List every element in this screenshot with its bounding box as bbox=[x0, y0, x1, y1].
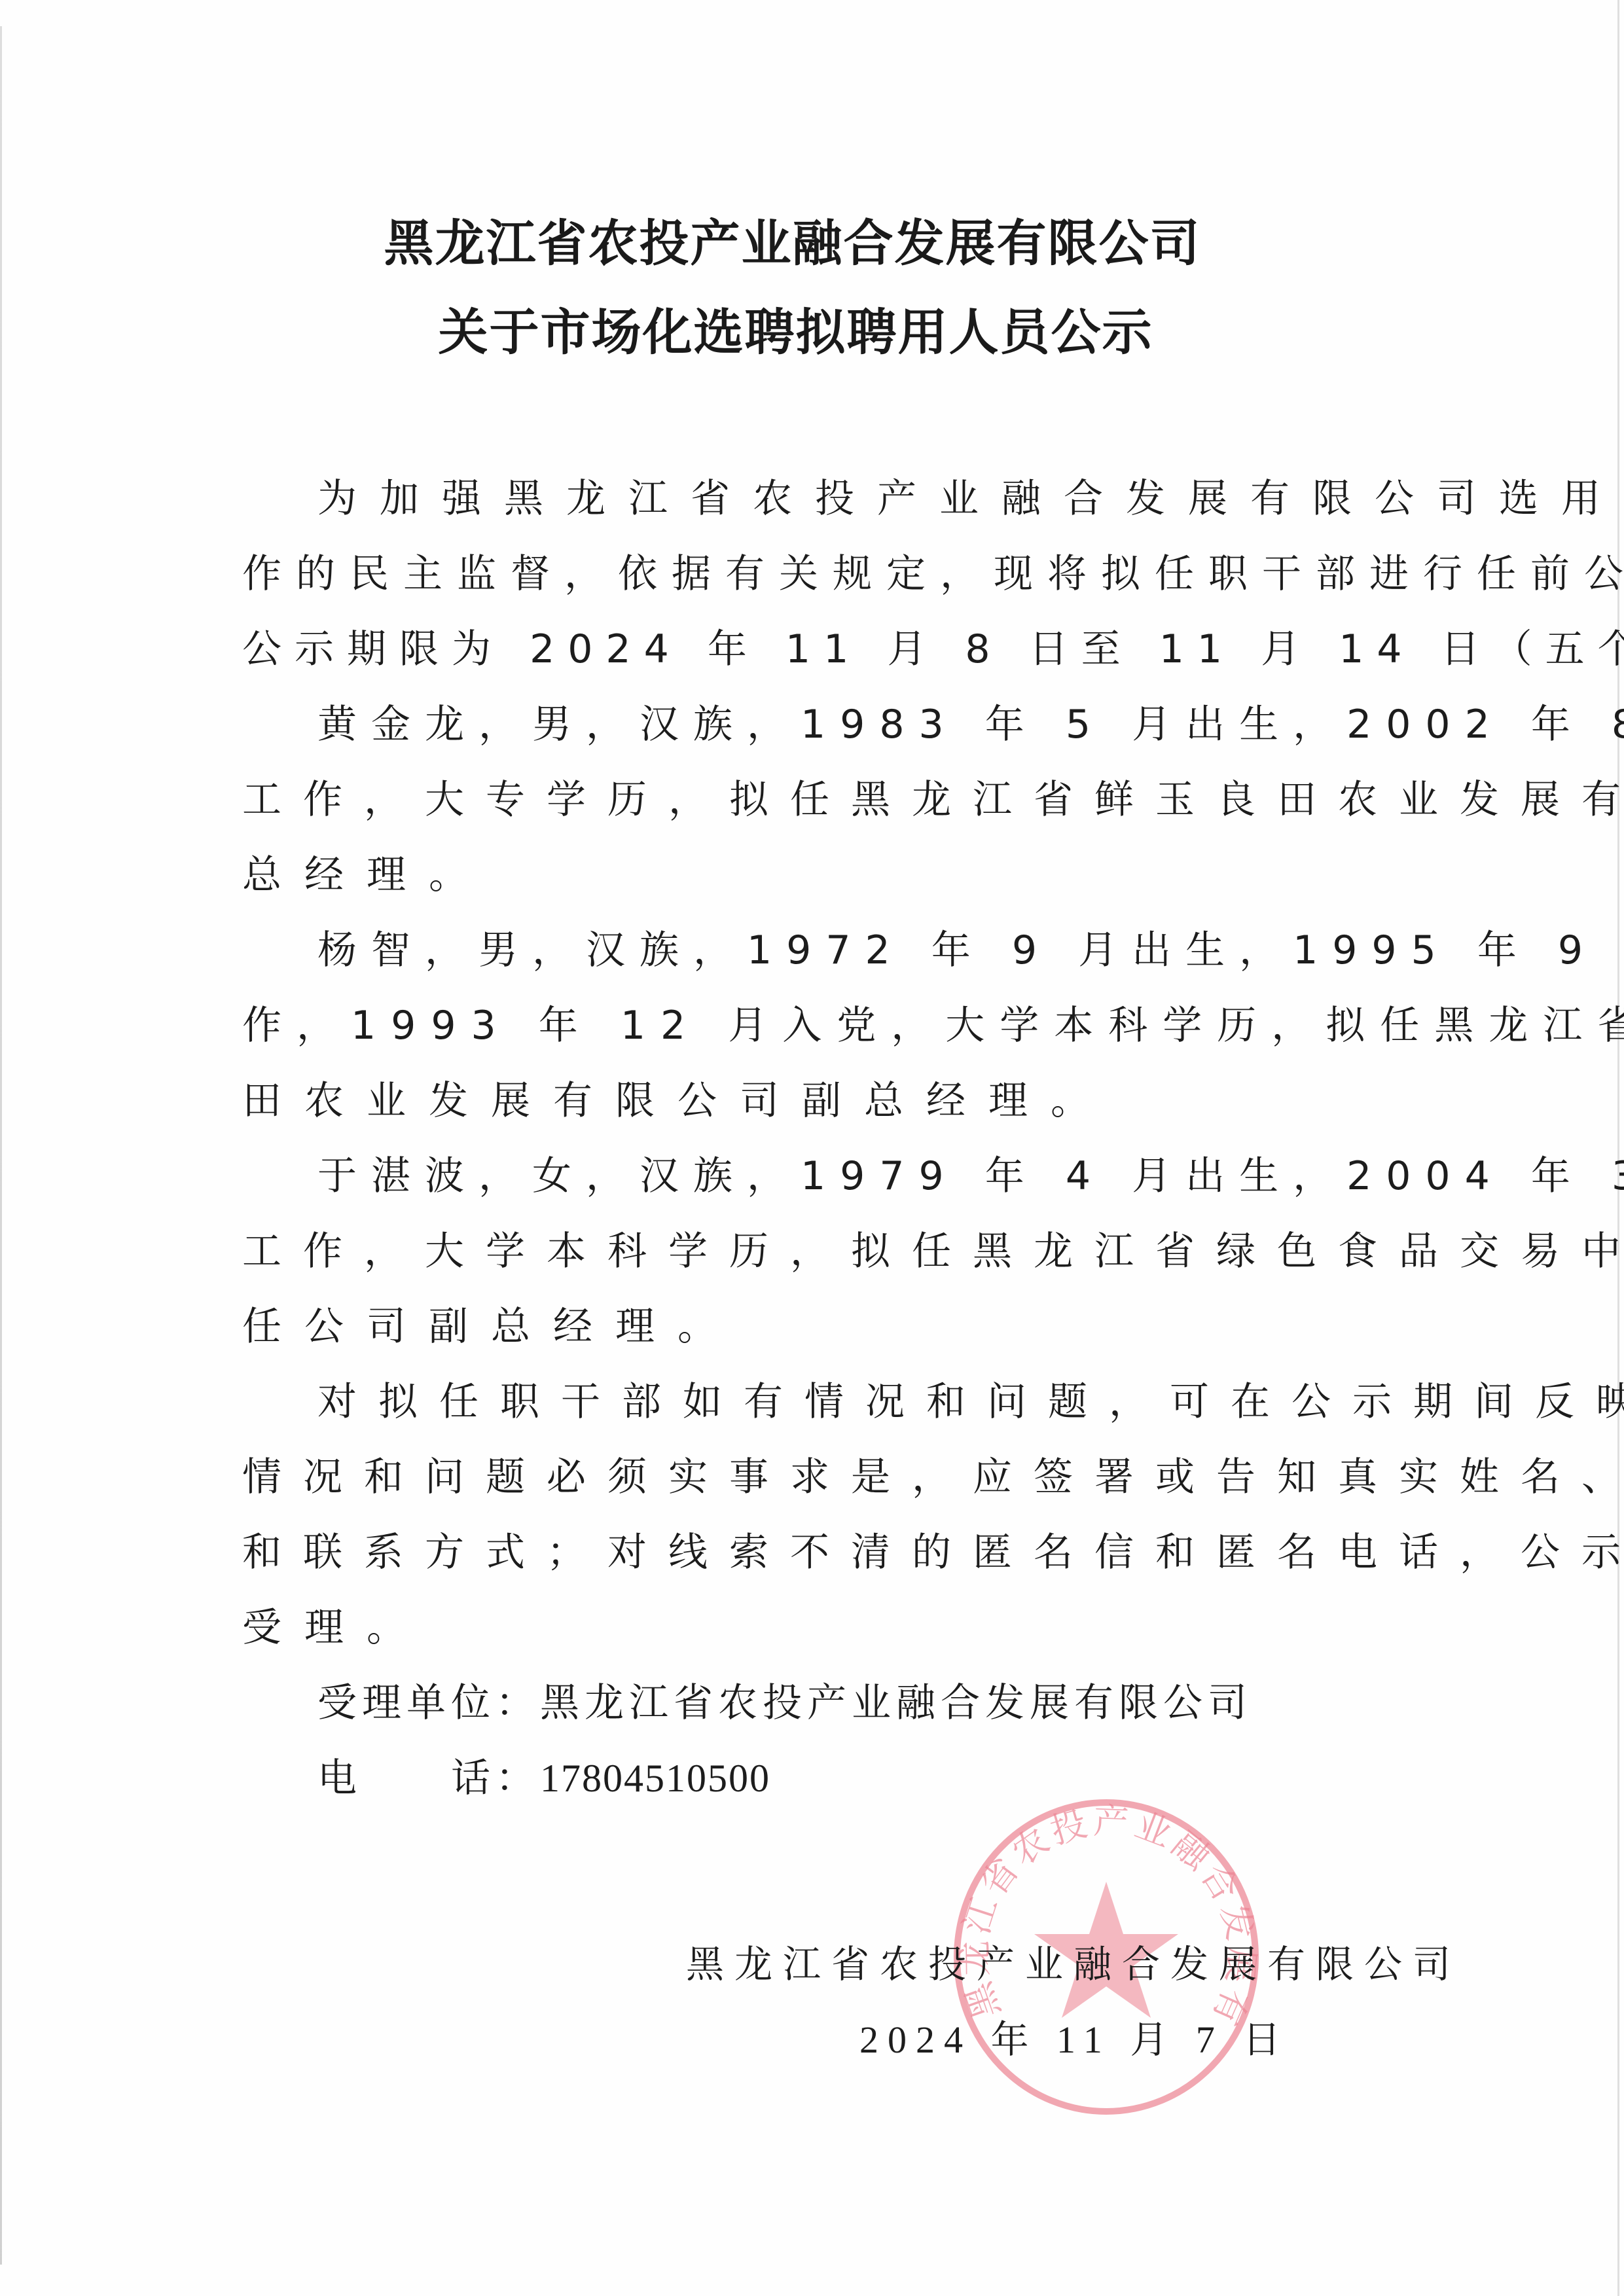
candidate-2-line: 田农业发展有限公司副总经理。 bbox=[242, 1075, 1394, 1127]
intro-line: 公示期限为 2024 年 11 月 8 日至 11 月 14 日（五个工作日）。 bbox=[242, 623, 1394, 675]
scan-edge-right bbox=[1617, 0, 1619, 2296]
signature-date: 2024 年 11 月 7 日 bbox=[859, 2014, 1290, 2066]
candidate-2-line: 作，1993 年 12 月入党，大学本科学历，拟任黑龙江省鲜玉良 bbox=[242, 999, 1394, 1052]
signature-company: 黑龙江省农投产业融合发展有限公司 bbox=[686, 1939, 1461, 1991]
feedback-line: 情况和问题必须实事求是，应签署或告知真实姓名、工作单位 bbox=[242, 1451, 1394, 1503]
contact-phone-row: 电 话：17804510500 bbox=[317, 1752, 1470, 1804]
document-page: 黑龙江省农投产业融合发展有限公司 关于市场化选聘拟聘用人员公示 为加强黑龙江省农… bbox=[0, 0, 1624, 2296]
candidate-1-line: 总经理。 bbox=[242, 849, 1394, 901]
title-line-2: 关于市场化选聘拟聘用人员公示 bbox=[0, 300, 1608, 365]
candidate-3-line: 于湛波，女，汉族，1979 年 4 月出生，2004 年 3 月参加 bbox=[317, 1150, 1470, 1202]
feedback-line: 和联系方式；对线索不清的匿名信和匿名电话，公示期间不予 bbox=[242, 1526, 1394, 1579]
contact-phone-value: 17804510500 bbox=[540, 1757, 770, 1800]
candidate-3-line: 任公司副总经理。 bbox=[242, 1300, 1394, 1353]
intro-line: 为加强黑龙江省农投产业融合发展有限公司选用干部工 bbox=[317, 473, 1470, 525]
feedback-line: 对拟任职干部如有情况和问题，可在公示期间反映，反映 bbox=[317, 1376, 1470, 1428]
intro-line: 作的民主监督，依据有关规定，现将拟任职干部进行任前公示， bbox=[242, 548, 1394, 600]
candidate-2-line: 杨智，男，汉族，1972 年 9 月出生，1995 年 9 月参加工 bbox=[317, 924, 1470, 977]
title-line-1: 黑龙江省农投产业融合发展有限公司 bbox=[0, 211, 1604, 276]
candidate-3-line: 工作，大学本科学历，拟任黑龙江省绿色食品交易中心有限责 bbox=[242, 1225, 1394, 1278]
candidate-1-line: 黄金龙，男，汉族，1983 年 5 月出生，2002 年 8 月参加 bbox=[317, 698, 1470, 751]
contact-phone-label: 电 话： bbox=[317, 1755, 540, 1801]
candidate-1-line: 工作，大专学历，拟任黑龙江省鲜玉良田农业发展有限公司副 bbox=[242, 774, 1394, 826]
contact-unit-row: 受理单位：黑龙江省农投产业融合发展有限公司 bbox=[317, 1677, 1470, 1729]
contact-unit-label: 受理单位： bbox=[317, 1680, 540, 1726]
feedback-line: 受理。 bbox=[242, 1602, 1394, 1654]
contact-unit-value: 黑龙江省农投产业融合发展有限公司 bbox=[540, 1680, 1252, 1726]
